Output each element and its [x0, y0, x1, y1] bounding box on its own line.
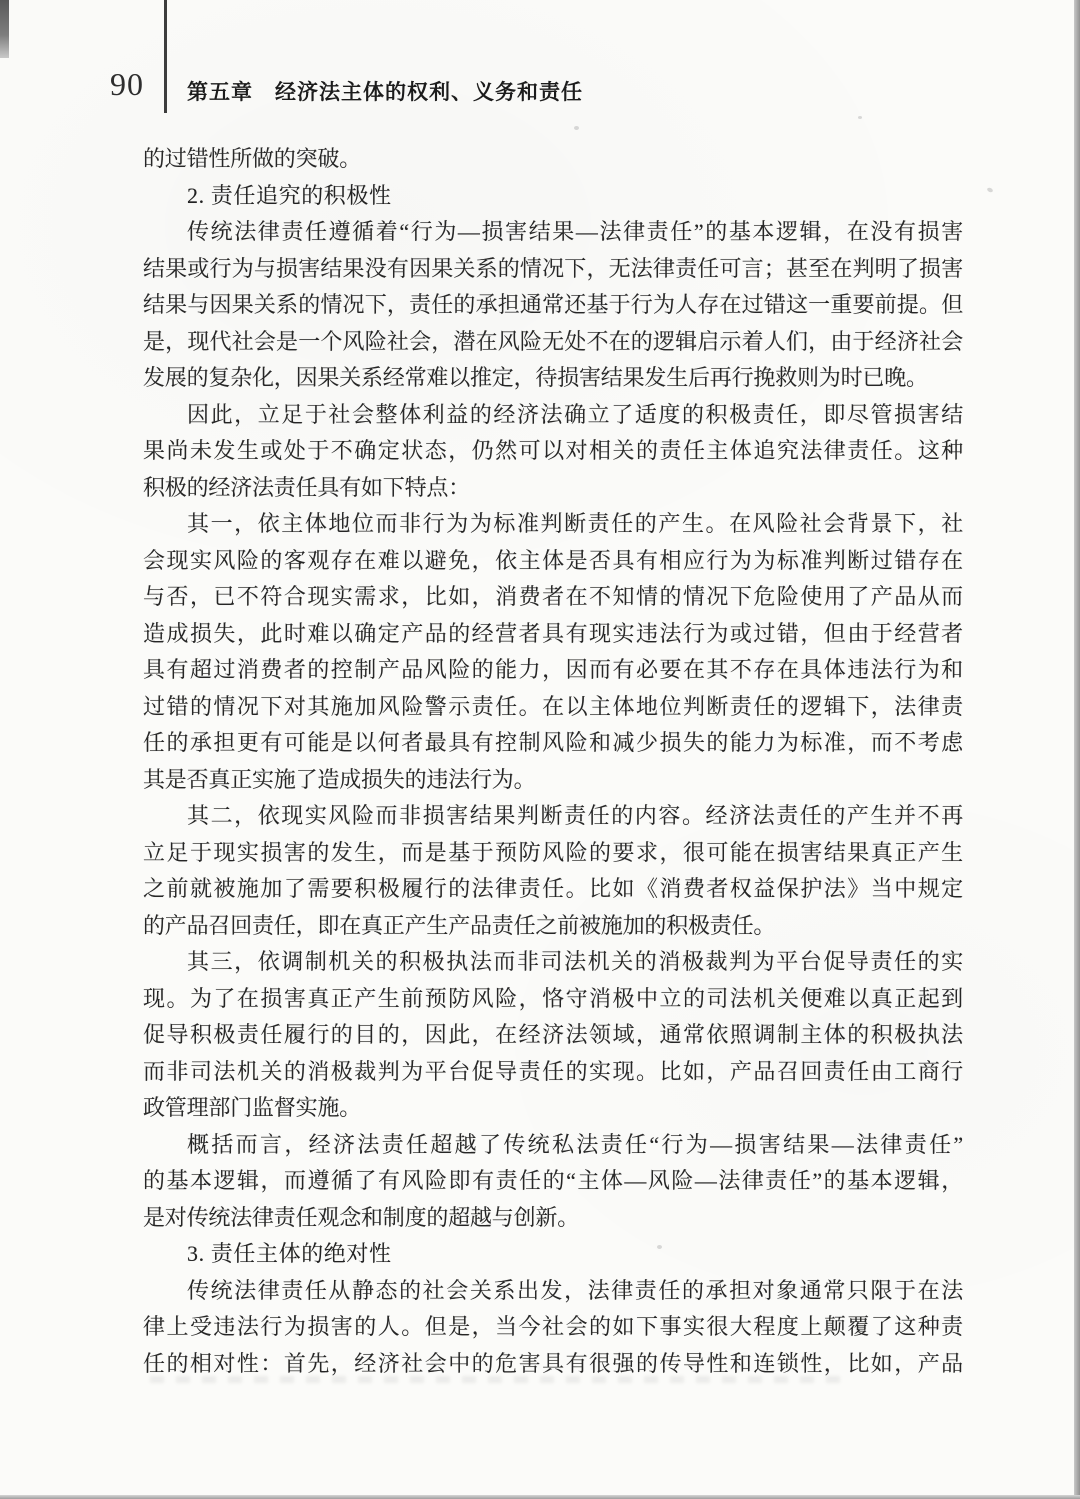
text-line: 结果与因果关系的情况下，责任的承担通常还基于行为人存在过错这一重要前提。但: [143, 287, 963, 324]
scanned-book-page: 90 第五章 经济法主体的权利、义务和责任 的过错性所做的突破。2. 责任追究的…: [0, 0, 1080, 1499]
section-heading: 3. 责任主体的绝对性: [143, 1236, 963, 1273]
text-line: 任的承担更有可能是以何者最具有控制风险和减少损失的能力为标准，而不考虑: [143, 725, 963, 762]
scan-edge-artifact-top-left: [0, 0, 9, 58]
text-line: 其三，依调制机关的积极执法而非司法机关的消极裁判为平台促导责任的实: [143, 944, 963, 981]
text-line: 政管理部门监督实施。: [143, 1090, 963, 1127]
text-line: 之前就被施加了需要积极履行的法律责任。比如《消费者权益保护法》当中规定: [143, 871, 963, 908]
text-line: 律上受违法行为损害的人。但是，当今社会的如下事实很大程度上颠覆了这种责: [143, 1309, 963, 1346]
text-line: 是，现代社会是一个风险社会，潜在风险无处不在的逻辑启示着人们，由于经济社会: [143, 324, 963, 361]
text-line: 的基本逻辑，而遵循了有风险即有责任的“主体—风险—法律责任”的基本逻辑，: [143, 1163, 963, 1200]
text-line: 具有超过消费者的控制产品风险的能力，因而有必要在其不存在具体违法行为和: [143, 652, 963, 689]
text-line: 的过错性所做的突破。: [143, 141, 963, 178]
text-line: 其一，依主体地位而非行为为标准判断责任的产生。在风险社会背景下，社: [143, 506, 963, 543]
text-line: 积极的经济法责任具有如下特点：: [143, 470, 963, 507]
text-line: 结果或行为与损害结果没有因果关系的情况下，无法律责任可言；甚至在判明了损害: [143, 251, 963, 288]
scan-edge-artifact-bottom: [0, 1495, 1080, 1499]
chapter-header: 第五章 经济法主体的权利、义务和责任: [187, 76, 583, 106]
scan-speck: [986, 187, 993, 193]
scan-edge-artifact-right: [1074, 0, 1080, 1499]
text-line: 其是否真正实施了造成损失的违法行为。: [143, 762, 963, 799]
text-line: 是对传统法律责任观念和制度的超越与创新。: [143, 1200, 963, 1237]
section-heading: 2. 责任追究的积极性: [143, 178, 963, 215]
text-line: 其二，依现实风险而非损害结果判断责任的内容。经济法责任的产生并不再: [143, 798, 963, 835]
text-line: 概括而言，经济法责任超越了传统私法责任“行为—损害结果—法律责任”: [143, 1127, 963, 1164]
text-line: 与否，已不符合现实需求，比如，消费者在不知情的情况下危险使用了产品从而: [143, 579, 963, 616]
text-line: 会现实风险的客观存在难以避免，依主体是否具有相应行为为标准判断过错存在: [143, 543, 963, 580]
text-line: 促导积极责任履行的目的，因此，在经济法领域，通常依照调制主体的积极执法: [143, 1017, 963, 1054]
header-divider-line: [164, 0, 167, 113]
scan-bleedthrough-ghost: [150, 1376, 840, 1383]
text-line: 传统法律责任遵循着“行为—损害结果—法律责任”的基本逻辑，在没有损害: [143, 214, 963, 251]
text-line: 立足于现实损害的发生，而是基于预防风险的要求，很可能在损害结果真正产生: [143, 835, 963, 872]
text-line: 过错的情况下对其施加风险警示责任。在以主体地位判断责任的逻辑下，法律责: [143, 689, 963, 726]
text-line: 的产品召回责任，即在真正产生产品责任之前被施加的积极责任。: [143, 908, 963, 945]
scan-speck: [657, 1245, 662, 1249]
text-line: 现。为了在损害真正产生前预防风险，恪守消极中立的司法机关便难以真正起到: [143, 981, 963, 1018]
text-line: 发展的复杂化，因果关系经常难以推定，待损害结果发生后再行挽救则为时已晚。: [143, 360, 963, 397]
text-line: 因此，立足于社会整体利益的经济法确立了适度的积极责任，即尽管损害结: [143, 397, 963, 434]
page-number: 90: [110, 66, 144, 103]
text-line: 果尚未发生或处于不确定状态，仍然可以对相关的责任主体追究法律责任。这种: [143, 433, 963, 470]
text-line: 造成损失，此时难以确定产品的经营者具有现实违法行为或过错，但由于经营者: [143, 616, 963, 653]
text-line: 传统法律责任从静态的社会关系出发，法律责任的承担对象通常只限于在法: [143, 1273, 963, 1310]
scan-speck: [574, 126, 579, 130]
body-text: 的过错性所做的突破。2. 责任追究的积极性传统法律责任遵循着“行为—损害结果—法…: [143, 141, 963, 1382]
text-line: 而非司法机关的消极裁判为平台促导责任的实现。比如，产品召回责任由工商行: [143, 1054, 963, 1091]
scan-speck: [858, 116, 862, 119]
